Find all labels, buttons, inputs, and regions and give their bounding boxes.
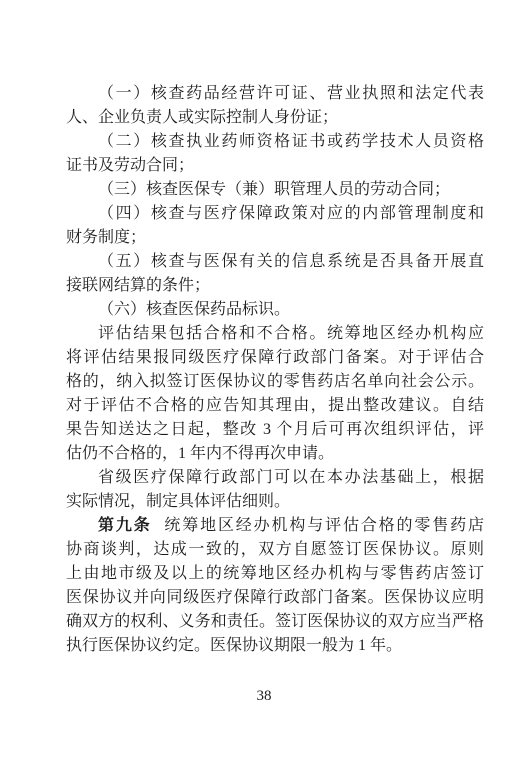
article-9-text: 统筹地区经办机构与评估合格的零售药店 bbox=[164, 517, 484, 534]
text-line: （一）核查药品经营许可证、营业执照和法定代表 bbox=[66, 82, 484, 106]
text-line: 执行医保协议约定。医保协议期限一般为 1 年。 bbox=[66, 634, 484, 658]
text-line: 对于评估不合格的应告知其理由，提出整改建议。自结 bbox=[66, 394, 484, 418]
text-line: 格的，纳入拟签订医保协议的零售药店名单向社会公示。 bbox=[66, 370, 484, 394]
text-line: 估仍不合格的，1 年内不得再次申请。 bbox=[66, 442, 484, 466]
text-line: 上由地市级及以上的统筹地区经办机构与零售药店签订 bbox=[66, 562, 484, 586]
text-line: （五）核查与医保有关的信息系统是否具备开展直 bbox=[66, 250, 484, 274]
text-line: （二）核查执业药师资格证书或药学技术人员资格 bbox=[66, 130, 484, 154]
text-line-article-9: 第九条统筹地区经办机构与评估合格的零售药店 bbox=[66, 514, 484, 538]
text-line: 果告知送达之日起，整改 3 个月后可再次组织评估，评 bbox=[66, 418, 484, 442]
body-text: （一）核查药品经营许可证、营业执照和法定代表 人、企业负责人或实际控制人身份证；… bbox=[66, 82, 484, 658]
text-line: 实际情况，制定具体评估细则。 bbox=[66, 490, 484, 514]
text-line: 协商谈判，达成一致的，双方自愿签订医保协议。原则 bbox=[66, 538, 484, 562]
text-line: 接联网结算的条件； bbox=[66, 274, 484, 298]
text-line: 省级医疗保障行政部门可以在本办法基础上，根据 bbox=[66, 466, 484, 490]
text-line: 确双方的权利、义务和责任。签订医保协议的双方应当严格 bbox=[66, 610, 484, 634]
text-line: 将评估结果报同级医疗保障行政部门备案。对于评估合 bbox=[66, 346, 484, 370]
page-number: 38 bbox=[0, 684, 528, 708]
article-9-number: 第九条 bbox=[98, 517, 152, 534]
document-page: （一）核查药品经营许可证、营业执照和法定代表 人、企业负责人或实际控制人身份证；… bbox=[0, 0, 528, 767]
text-line: 人、企业负责人或实际控制人身份证； bbox=[66, 106, 484, 130]
text-line: （四）核查与医疗保障政策对应的内部管理制度和 bbox=[66, 202, 484, 226]
text-line: 证书及劳动合同； bbox=[66, 154, 484, 178]
text-line: （三）核查医保专（兼）职管理人员的劳动合同； bbox=[66, 178, 484, 202]
text-line: 财务制度； bbox=[66, 226, 484, 250]
text-line: 医保协议并向同级医疗保障行政部门备案。医保协议应明 bbox=[66, 586, 484, 610]
text-line: 评估结果包括合格和不合格。统筹地区经办机构应 bbox=[66, 322, 484, 346]
text-line: （六）核查医保药品标识。 bbox=[66, 298, 484, 322]
